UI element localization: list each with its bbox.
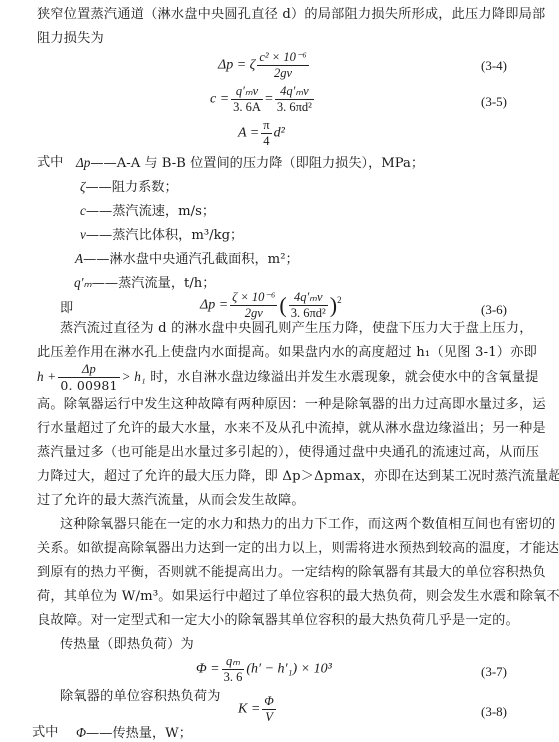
document-page: 狭窄位置蒸汽通道（淋水盘中央圆孔直径 d）的局部阻力损失所形成，此压力降即局部 … — [0, 0, 559, 742]
definition-item: v——蒸汽比体积，m³/kg； — [80, 226, 243, 244]
paragraph-line: 行水量超过了允许的最大水量，水来不及从孔中流掉，就从淋水盘边缘溢出；另一种是 — [37, 420, 546, 437]
equation-3-5: c =q′ₘv3. 6A=4q′ₘv3. 6πd² — [210, 84, 316, 115]
paragraph-line: 这种除氧器只能在一定的水力和热力的出力下工作，而这两个数值相互间也有密切的 — [60, 516, 555, 533]
definition-item: q′ₘ——蒸汽流量，t/h； — [74, 274, 215, 292]
paragraph-line: 传热量（即热负荷）为 — [60, 636, 194, 653]
definition-item: ζ——阻力系数； — [80, 178, 178, 196]
equation-number: (3-7) — [481, 664, 507, 680]
inline-equation-line: h +Δp0. 00981> h₁ 时，水自淋水盘边缘溢出并发生水震现象，就会使… — [37, 362, 539, 393]
paragraph-line: 除氧器的单位容积热负荷为 — [60, 688, 221, 705]
definition-lead: 式中 — [37, 154, 63, 171]
equation-number: (3-6) — [481, 302, 507, 318]
ji-label: 即 — [60, 300, 73, 317]
definition-lead: 式中 — [32, 724, 58, 741]
paragraph-line: 高。除氧器运行中发生这种故障有两种原因：一种是除氧器的出力过高即水量过多，运 — [37, 396, 546, 413]
equation-area: A =π4d² — [238, 118, 285, 149]
definition-item: c——蒸汽流速，m/s； — [80, 202, 215, 220]
equation-number: (3-4) — [481, 58, 507, 74]
definition-item: A——淋水盘中央通汽孔截面积，m²； — [75, 250, 299, 268]
equation-3-8: K =ΦV — [238, 694, 278, 725]
paragraph-line: 此压差作用在淋水孔上使盘内水面提高。如果盘内水的高度超过 h₁（见图 3-1）亦… — [37, 344, 537, 361]
paragraph-line: 良故障。对一定型式和一定大小的除氧器其单位容积的最大热负荷几乎是一定的。 — [37, 612, 519, 629]
definition-item: Δp——A-A 与 B-B 位置间的压力降（即阻力损失），MPa； — [76, 154, 424, 172]
equation-number: (3-5) — [481, 94, 507, 110]
equation-3-6: Δp =ζ × 10⁻⁶2gv(4q′ₘv3. 6πd²)2 — [200, 290, 342, 321]
definition-item: Φ——传热量，W； — [76, 724, 192, 742]
paragraph-line: 到原有的热力平衡，否则就不能提高出力。一定结构的除氧器有其最大的单位容积热负 — [37, 564, 546, 581]
equation-3-7: Φ =qₘ3. 6(h′ − h′₁) × 10³ — [196, 654, 332, 685]
paragraph-line: 力降过大，超过了允许的最大压力降，即 Δp＞Δpmax，亦即在达到某工况时蒸汽流… — [37, 468, 559, 485]
paragraph-line: 荷，其单位为 W/m³。如果运行中超过了单位容积的最大热负荷，则会发生水震和除氧… — [37, 588, 559, 605]
paragraph-line: 过了允许的最大蒸汽流量，从而会发生故障。 — [37, 492, 305, 509]
paragraph-line: 蒸汽流过直径为 d 的淋水盘中央圆孔则产生压力降，使盘下压力大于盘上压力， — [60, 320, 533, 337]
equation-3-4: Δp = ζc² × 10⁻⁶2gv — [218, 50, 311, 81]
paragraph-line: 关系。如欲提高除氧器出力达到一定的出力以上，则需将进水预热到较高的温度，才能达 — [37, 540, 559, 557]
paragraph-line: 狭窄位置蒸汽通道（淋水盘中央圆孔直径 d）的局部阻力损失所形成，此压力降即局部 — [37, 6, 545, 23]
equation-number: (3-8) — [481, 704, 507, 720]
paragraph-line: 阻力损失为 — [37, 30, 104, 47]
paragraph-line: 蒸汽量过多（也可能是出水量过多引起的），使得通过盘中央通孔的流速过高，从而压 — [37, 444, 539, 461]
